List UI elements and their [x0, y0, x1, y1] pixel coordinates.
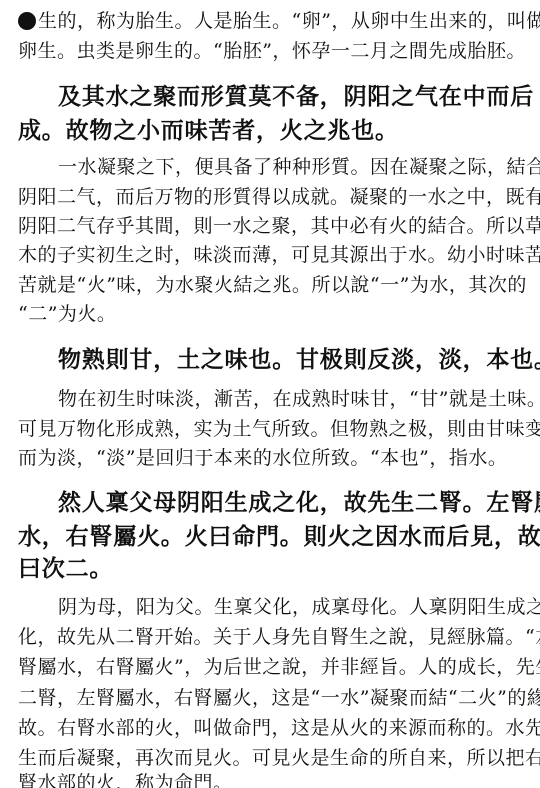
classic-text-line: 然人稟父母阴阳生成之化，故先生二腎。左腎屬 — [58, 484, 523, 517]
text-line: 苦就是“火”味，为水聚火結之兆。所以說“一”为水，其次的 — [18, 270, 523, 297]
text-line: 阴为母，阳为父。生稟父化，成稟母化。人稟阴阳生成之二 — [58, 592, 523, 619]
text-line: “二”为火。 — [18, 299, 523, 326]
text-line: 腎水部的火，称为命門。 — [18, 768, 523, 788]
text-line: 一水凝聚之下，便具备了种种形質。因在凝聚之际，結合 — [58, 152, 523, 179]
classic-text-line: 及其水之聚而形質莫不备，阴阳之气在中而后 — [58, 78, 523, 111]
text-line: 阴阳二气，而后万物的形質得以成就。凝聚的一水之中，既有 — [18, 182, 523, 209]
text-line: 可見万物化形成熟，实为土气所致。但物熟之极，則由甘味变 — [18, 414, 523, 441]
text-line: 阴阳二气存乎其間，則一水之聚，其中必有火的結合。所以草 — [18, 211, 523, 238]
text-line: 木的子实初生之时，味淡而薄，可見其源出于水。幼小时味苦， — [18, 240, 523, 267]
text-line: 生的，称为胎生。人是胎生。“卵”，从卵中生出来的，叫做 — [18, 6, 523, 33]
text-line: 腎屬水，右腎屬火”，为后世之說，并非經旨。人的成长，先生 — [18, 652, 523, 679]
text-line: 二腎，左腎屬水，右腎屬火，这是“一水”凝聚而結“二火”的緣 — [18, 683, 523, 710]
classic-text-line: 水，右腎屬火。火曰命門。則火之因水而后見，故火 — [18, 518, 523, 551]
text-line: 化，故先从二腎开始。关于人身先自腎生之說，見經脉篇。“左 — [18, 622, 523, 649]
classic-text-line: 成。故物之小而味苦者，火之兆也。 — [18, 112, 523, 145]
text-line: 物在初生时味淡，漸苦，在成熟时味甘，“甘”就是土味。 — [58, 384, 523, 411]
scanned-book-page: 生的，称为胎生。人是胎生。“卵”，从卵中生出来的，叫做 卵生。虫类是卵生的。“胎… — [0, 0, 540, 788]
text-line: 故。右腎水部的火，叫做命門，这是从火的来源而称的。水先 — [18, 713, 523, 740]
classic-text-line: 物熟則甘，土之味也。甘极則反淡，淡，本也。 — [58, 341, 523, 374]
text-line: 生而后凝聚，再次而見火。可見火是生命的所自来，所以把右 — [18, 743, 523, 770]
classic-text-line: 曰次二。 — [18, 550, 523, 583]
text-span: 生的，称为胎生。人是胎生。“卵”，从卵中生出来的，叫做 — [38, 10, 540, 32]
ink-blot-icon — [18, 12, 36, 30]
text-line: 而为淡，“淡”是回归于本来的水位所致。“本也”，指水。 — [18, 443, 523, 470]
text-line: 卵生。虫类是卵生的。“胎胚”，怀孕一二月之間先成胎胚。 — [18, 36, 523, 63]
